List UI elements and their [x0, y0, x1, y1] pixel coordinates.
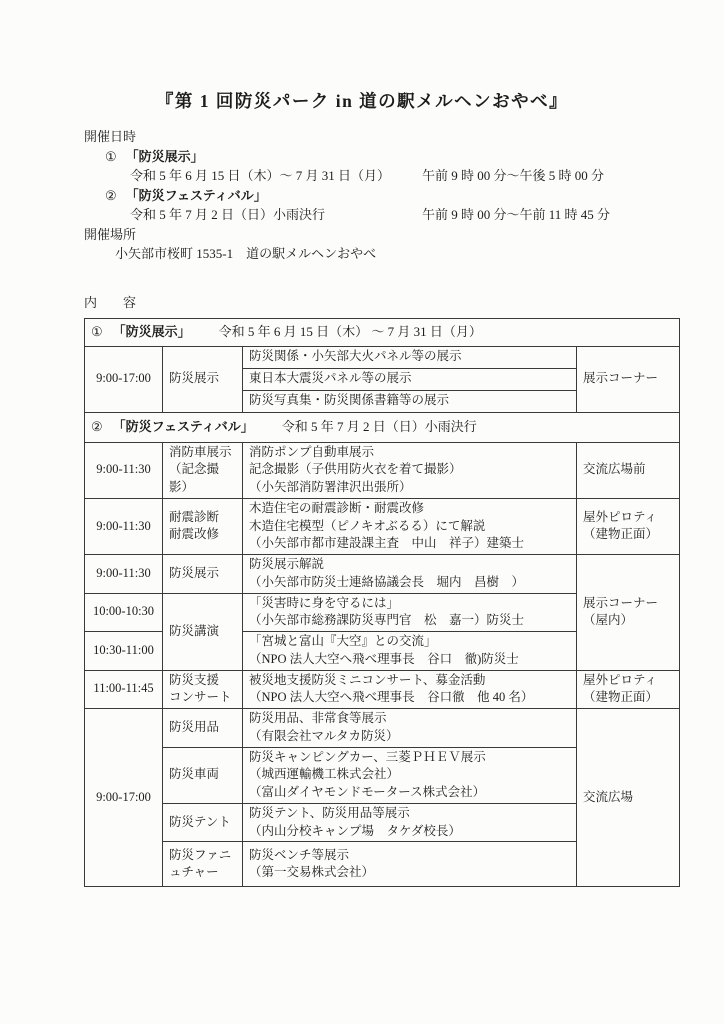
item-name: 「防災フェスティバル」 [126, 188, 267, 203]
cell-location: 展示コーナー （屋内） [577, 555, 680, 671]
section-number: ① [91, 324, 103, 339]
section-title: 「防災展示」 [113, 324, 191, 339]
cell-time: 9:00-17:00 [85, 709, 163, 887]
cell-description: 「災害時に身を守るには」 （小矢部市総務課防災専門官 松 嘉一）防災士 [243, 593, 577, 632]
cell-description: 東日本大震災パネル等の展示 [243, 368, 577, 390]
cell-location: 屋外ピロティ （建物正面） [577, 498, 680, 554]
cell-description: 防災展示解説 （小矢部市防災士連絡協議会長 堀内 昌樹 ） [243, 555, 577, 594]
schedule-table: ①「防災展示」令和 5 年 6 月 15 日（木） ～ 7 月 31 日（月） … [84, 318, 680, 888]
cell-category: 防災用品 [163, 709, 243, 748]
table-row: 9:00-11:30 耐震診断 耐震改修 木造住宅の耐震診断・耐震改修 木造住宅… [85, 498, 680, 554]
section-number: ② [91, 419, 103, 434]
datetime-heading: 開催日時 [84, 127, 724, 147]
section2-header-row: ②「防災フェスティバル」令和 5 年 7 月 2 日（日）小雨決行 [85, 412, 680, 442]
table-row: 9:00-11:30 消防車展示 （記念撮影） 消防ポンプ自動車展示 記念撮影（… [85, 442, 680, 498]
datetime-item-2: ②「防災フェスティバル」 [105, 186, 724, 206]
cell-location: 屋外ピロティ （建物正面） [577, 670, 680, 709]
page-title: 『第 1 回防災パーク in 道の駅メルヘンおやべ』 [0, 88, 724, 113]
cell-category: 防災講演 [163, 593, 243, 670]
cell-description: 木造住宅の耐震診断・耐震改修 木造住宅模型（ピノキオぶるる）にて解説 （小矢部市… [243, 498, 577, 554]
cell-category: 防災支援 コンサート [163, 670, 243, 709]
event-date: 令和 5 年 7 月 2 日（日）小雨決行 [130, 205, 422, 225]
content-heading: 内 容 [84, 292, 724, 311]
cell-description: 防災ベンチ等展示 （第一交易株式会社） [243, 842, 577, 887]
cell-category: 防災展示 [163, 346, 243, 412]
place-heading: 開催場所 [84, 225, 724, 245]
datetime-detail-1: 令和 5 年 6 月 15 日（木）～ 7 月 31 日（月） 午前 9 時 0… [130, 166, 724, 186]
cell-location: 交流広場 [577, 709, 680, 887]
cell-description: 防災用品、非常食等展示 （有限会社マルタカ防災） [243, 709, 577, 748]
cell-location: 展示コーナー [577, 346, 680, 412]
section-date: 令和 5 年 6 月 15 日（木） ～ 7 月 31 日（月） [219, 324, 482, 339]
cell-category: 防災ファニ ュチャー [163, 842, 243, 887]
event-time: 午前 9 時 00 分～午後 5 時 00 分 [422, 166, 604, 186]
table-row: 11:00-11:45 防災支援 コンサート 被災地支援防災ミニコンサート、募金… [85, 670, 680, 709]
event-meta: 開催日時 ①「防災展示」 令和 5 年 6 月 15 日（木）～ 7 月 31 … [84, 127, 724, 264]
datetime-item-1: ①「防災展示」 [105, 147, 724, 167]
datetime-detail-2: 令和 5 年 7 月 2 日（日）小雨決行 午前 9 時 00 分～午前 11 … [130, 205, 724, 225]
item-name: 「防災展示」 [126, 149, 204, 164]
event-time: 午前 9 時 00 分～午前 11 時 45 分 [422, 205, 610, 225]
section-date: 令和 5 年 7 月 2 日（日）小雨決行 [282, 419, 477, 434]
cell-description: 「宮城と富山『大空』との交流」 （NPO 法人大空へ飛べ理事長 谷口 徹)防災士 [243, 632, 577, 671]
cell-description: 防災キャンピングカー、三菱ＰＨＥＶ展示 （城西運輸機工株式会社） （富山ダイヤモ… [243, 747, 577, 803]
cell-time: 10:30-11:00 [85, 632, 163, 671]
cell-category: 耐震診断 耐震改修 [163, 498, 243, 554]
cell-description: 被災地支援防災ミニコンサート、募金活動 （NPO 法人大空へ飛べ理事長 谷口徹 … [243, 670, 577, 709]
cell-location: 交流広場前 [577, 442, 680, 498]
table-row: 9:00-11:30 防災展示 防災展示解説 （小矢部市防災士連絡協議会長 堀内… [85, 555, 680, 594]
cell-time: 11:00-11:45 [85, 670, 163, 709]
cell-description: 防災テント、防災用品等展示 （内山分校キャンプ場 タケダ校長） [243, 803, 577, 842]
table-row: 9:00-17:00 防災用品 防災用品、非常食等展示 （有限会社マルタカ防災）… [85, 709, 680, 748]
section-title: 「防災フェスティバル」 [113, 419, 254, 434]
cell-description: 防災写真集・防災関係書籍等の展示 [243, 390, 577, 412]
item-number: ② [105, 188, 117, 203]
cell-category: 消防車展示 （記念撮影） [163, 442, 243, 498]
event-date: 令和 5 年 6 月 15 日（木）～ 7 月 31 日（月） [130, 166, 422, 186]
cell-time: 9:00-11:30 [85, 442, 163, 498]
document-page: 『第 1 回防災パーク in 道の駅メルヘンおやべ』 開催日時 ①「防災展示」 … [0, 0, 724, 1024]
section1-header-cell: ①「防災展示」令和 5 年 6 月 15 日（木） ～ 7 月 31 日（月） [85, 318, 680, 346]
cell-time: 9:00-17:00 [85, 346, 163, 412]
cell-description: 防災関係・小矢部大火パネル等の展示 [243, 346, 577, 368]
cell-time: 9:00-11:30 [85, 555, 163, 594]
cell-category: 防災展示 [163, 555, 243, 594]
section2-header-cell: ②「防災フェスティバル」令和 5 年 7 月 2 日（日）小雨決行 [85, 412, 680, 442]
cell-time: 9:00-11:30 [85, 498, 163, 554]
section1-header-row: ①「防災展示」令和 5 年 6 月 15 日（木） ～ 7 月 31 日（月） [85, 318, 680, 346]
cell-category: 防災車両 [163, 747, 243, 803]
table-row: 9:00-17:00 防災展示 防災関係・小矢部大火パネル等の展示 展示コーナー [85, 346, 680, 368]
item-number: ① [105, 149, 117, 164]
cell-time: 10:00-10:30 [85, 593, 163, 632]
event-address: 小矢部市桜町 1535-1 道の駅メルヘンおやべ [115, 244, 724, 264]
cell-description: 消防ポンプ自動車展示 記念撮影（子供用防火衣を着て撮影） （小矢部消防署津沢出張… [243, 442, 577, 498]
cell-category: 防災テント [163, 803, 243, 842]
